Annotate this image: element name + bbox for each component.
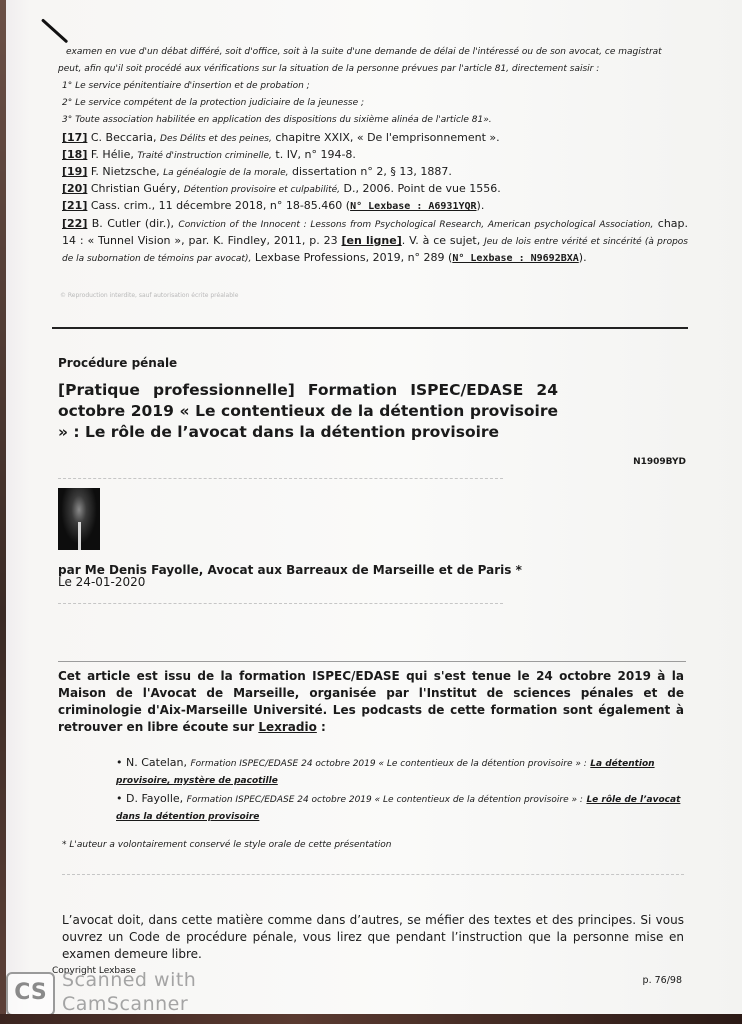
document-id: N1909BYD: [633, 457, 686, 467]
footnote-detail: chapitre XXIX, « De l'emprisonnement ».: [275, 131, 499, 144]
podcast-desc: Formation ISPEC/EDASE 24 octobre 2019 « …: [191, 759, 587, 769]
divider: [58, 603, 503, 605]
footnote-ref-link[interactable]: [21]: [62, 199, 87, 212]
footnote-author: F. Hélie,: [91, 148, 134, 161]
author-note: * L'auteur a volontairement conservé le …: [62, 840, 391, 850]
lexradio-link[interactable]: Lexradio: [258, 720, 317, 734]
footnotes: [17] C. Beccaria, Des Délits et des pein…: [62, 130, 688, 267]
pen-mark: [41, 18, 68, 43]
watermark-line: Scanned with: [62, 968, 196, 992]
quote-line: peut, afin qu'il soit procédé aux vérifi…: [58, 61, 688, 78]
quote-line: examen en vue d'un débat différé, soit d…: [66, 44, 688, 61]
intro-text: :: [317, 720, 326, 734]
footnote-detail: dissertation n° 2, § 13, 1887.: [292, 165, 452, 178]
watermark-line: CamScanner: [62, 992, 196, 1016]
footnote-detail: . V. à ce sujet,: [402, 234, 480, 247]
footnote: [19] F. Nietzsche, La généalogie de la m…: [62, 164, 688, 181]
article-body: L’avocat doit, dans cette matière comme …: [62, 912, 684, 963]
author-photo: [58, 488, 100, 550]
footnote-title: Traité d'instruction criminelle,: [137, 151, 272, 161]
footnote-detail: Lexbase Professions, 2019, n° 289 (: [255, 251, 453, 264]
page-number: p. 76/98: [643, 975, 682, 986]
article-title: [Pratique professionnelle] Formation ISP…: [58, 380, 558, 443]
footnote: [20] Christian Guéry, Détention provisoi…: [62, 181, 688, 198]
podcast-item: • N. Catelan, Formation ISPEC/EDASE 24 o…: [116, 755, 684, 789]
podcast-desc: Formation ISPEC/EDASE 24 octobre 2019 « …: [187, 795, 583, 805]
footnote: [22] B. Cutler (dir.), Conviction of the…: [62, 216, 688, 267]
camscanner-logo-icon: CS: [6, 972, 55, 1016]
lexbase-link[interactable]: N° Lexbase : N9692BXA: [452, 253, 578, 264]
footnote-ref-link[interactable]: [20]: [62, 182, 87, 195]
footnote-ref-link[interactable]: [18]: [62, 148, 87, 161]
footnote: [17] C. Beccaria, Des Délits et des pein…: [62, 130, 688, 147]
divider: [58, 661, 686, 663]
page-edge-shadow: [0, 1014, 742, 1024]
online-link[interactable]: [en ligne]: [341, 234, 401, 247]
quote-line: 1° Le service pénitentiaire d'insertion …: [62, 78, 688, 95]
section-label: Procédure pénale: [58, 356, 177, 370]
footnote-detail: ).: [579, 251, 587, 264]
footnote-author: B. Cutler (dir.),: [92, 217, 174, 230]
footnote: [18] F. Hélie, Traité d'instruction crim…: [62, 147, 688, 164]
footnote-title: Conviction of the Innocent : Lessons fro…: [178, 220, 653, 230]
bullet-icon: •: [116, 756, 123, 769]
footnote-title: Détention provisoire et culpabilité,: [184, 185, 340, 195]
podcast-list: • N. Catelan, Formation ISPEC/EDASE 24 o…: [116, 755, 684, 827]
footnote-title: Des Délits et des peines,: [160, 134, 272, 144]
divider: [62, 874, 684, 876]
page-edge-shadow: [0, 0, 6, 1024]
scanned-page: examen en vue d'un débat différé, soit d…: [0, 0, 742, 1024]
podcast-author: N. Catelan,: [126, 756, 187, 769]
bullet-icon: •: [116, 792, 123, 805]
quote-continuation: examen en vue d'un débat différé, soit d…: [66, 44, 688, 129]
footnote-ref-link[interactable]: [22]: [62, 217, 87, 230]
reproduction-notice: © Reproduction interdite, sauf autorisat…: [60, 292, 238, 299]
camscanner-watermark: Scanned with CamScanner: [62, 968, 196, 1016]
article-separator: [52, 327, 688, 329]
footnote-ref-link[interactable]: [17]: [62, 131, 87, 144]
footnote: [21] Cass. crim., 11 décembre 2018, n° 1…: [62, 198, 688, 215]
footnote-title: La généalogie de la morale,: [163, 168, 288, 178]
quote-line: 2° Le service compétent de la protection…: [62, 95, 688, 112]
footnote-author: F. Nietzsche,: [91, 165, 160, 178]
divider: [58, 478, 503, 480]
footnote-detail: ).: [477, 199, 485, 212]
footnote-author: Cass. crim., 11 décembre 2018, n° 18-85.…: [91, 199, 350, 212]
podcast-item: • D. Fayolle, Formation ISPEC/EDASE 24 o…: [116, 791, 684, 825]
article-date: Le 24-01-2020: [58, 575, 145, 589]
podcast-author: D. Fayolle,: [126, 792, 183, 805]
intro-text: Cet article est issu de la formation ISP…: [58, 669, 684, 734]
footnote-detail: D., 2006. Point de vue 1556.: [344, 182, 501, 195]
footnote-author: Christian Guéry,: [91, 182, 180, 195]
footnote-ref-link[interactable]: [19]: [62, 165, 87, 178]
quote-line: 3° Toute association habilitée en applic…: [62, 112, 688, 129]
lexbase-link[interactable]: N° Lexbase : A6931YQR: [350, 201, 476, 212]
article-intro: Cet article est issu de la formation ISP…: [58, 668, 684, 736]
footnote-detail: t. IV, n° 194-8.: [275, 148, 356, 161]
footnote-author: C. Beccaria,: [91, 131, 157, 144]
